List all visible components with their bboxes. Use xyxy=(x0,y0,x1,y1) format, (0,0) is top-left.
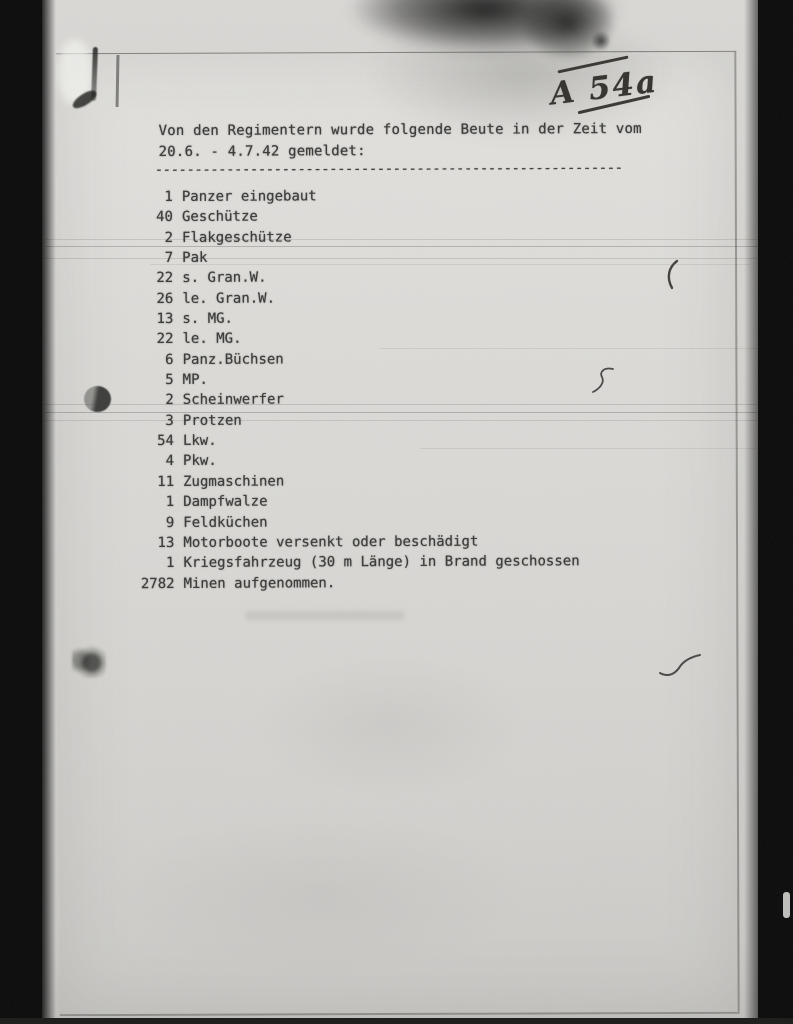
loot-qty: 6 xyxy=(136,350,174,371)
loot-qty: 22 xyxy=(135,268,173,289)
scan-edge-shadow xyxy=(744,0,758,1020)
loot-label: Pkw. xyxy=(183,451,217,471)
scanned-document: { "doc": { "stamp": "A 54a", "heading_li… xyxy=(0,0,793,1024)
loot-qty: 54 xyxy=(136,431,174,452)
loot-list-row: 22s. Gran.W. xyxy=(135,267,578,289)
loot-qty: 2782 xyxy=(137,574,175,595)
loot-list-row: 11Zugmaschinen xyxy=(136,470,579,492)
loot-qty: 11 xyxy=(136,472,174,493)
loot-list-row: 54Lkw. xyxy=(136,429,579,451)
loot-list-row: 5MP. xyxy=(136,368,579,390)
loot-label: Protzen xyxy=(183,410,242,431)
loot-label: le. MG. xyxy=(182,329,241,350)
loot-qty: 9 xyxy=(136,512,174,533)
loot-label: le. Gran.W. xyxy=(182,288,275,309)
loot-label: MP. xyxy=(183,370,208,390)
loot-label: Zugmaschinen xyxy=(183,471,284,492)
loot-label: Minen aufgenommen. xyxy=(184,573,336,594)
heading-line-1: Von den Regimentern wurde folgende Beute… xyxy=(159,119,642,142)
loot-list-row: 40Geschütze xyxy=(135,206,578,228)
paper-stain xyxy=(250,650,530,800)
loot-label: Panzer eingebaut xyxy=(182,186,317,207)
loot-label: Flakgeschütze xyxy=(182,227,292,248)
ink-smudge xyxy=(72,644,106,678)
loot-qty: 13 xyxy=(136,533,174,554)
loot-qty: 3 xyxy=(136,411,174,432)
loot-label: Feldküchen xyxy=(183,512,267,533)
loot-qty: 13 xyxy=(135,309,173,330)
loot-label: Motorboote versenkt oder beschädigt xyxy=(183,531,478,553)
ink-blot xyxy=(592,30,610,52)
loot-list-row: 2Scheinwerfer xyxy=(136,389,579,411)
loot-qty: 1 xyxy=(136,492,174,513)
loot-label: s. Gran.W. xyxy=(182,268,266,289)
loot-qty: 4 xyxy=(136,451,174,472)
loot-label: Geschütze xyxy=(182,207,258,228)
dashed-divider: ----------------------------------------… xyxy=(155,160,639,178)
loot-qty: 2 xyxy=(135,228,173,249)
loot-label: Kriegsfahrzeug (30 m Länge) in Brand ges… xyxy=(183,551,579,573)
loot-qty: 1 xyxy=(135,187,173,208)
loot-list-row: 3Protzen xyxy=(136,409,579,431)
scan-edge-shadow xyxy=(0,1018,793,1024)
hole-punch-blob xyxy=(84,386,111,412)
loot-qty: 26 xyxy=(135,289,173,310)
edge-notch xyxy=(783,892,790,918)
loot-label: Panz.Büchsen xyxy=(183,349,284,370)
loot-label: Scheinwerfer xyxy=(183,390,284,411)
loot-list-row: 13Motorboote versenkt oder beschädigt xyxy=(136,531,579,553)
loot-qty: 40 xyxy=(135,207,173,228)
faded-ghost-text xyxy=(246,611,404,620)
loot-list-row: 4Pkw. xyxy=(136,450,579,472)
loot-label: Dampfwalze xyxy=(183,492,267,513)
loot-list-row: 6Panz.Büchsen xyxy=(136,348,579,370)
loot-list: 1Panzer eingebaut 40Geschütze 2Flakgesch… xyxy=(135,185,580,594)
loot-qty: 7 xyxy=(135,248,173,269)
loot-label: s. MG. xyxy=(182,309,233,330)
loot-list-row: 2Flakgeschütze xyxy=(135,226,578,248)
loot-list-row: 7Pak xyxy=(135,246,578,268)
loot-list-row: 22le. MG. xyxy=(135,328,578,350)
loot-qty: 22 xyxy=(135,329,173,350)
loot-list-row: 1Kriegsfahrzeug (30 m Länge) in Brand ge… xyxy=(136,551,579,573)
loot-label: Lkw. xyxy=(183,431,217,451)
loot-list-row: 1Panzer eingebaut xyxy=(135,185,578,207)
document-heading: Von den Regimentern wurde folgende Beute… xyxy=(159,119,642,163)
loot-qty: 5 xyxy=(136,370,174,391)
loot-list-row: 13s. MG. xyxy=(135,307,578,329)
scan-edge-shadow xyxy=(42,0,56,1020)
loot-list-row: 26le. Gran.W. xyxy=(135,287,578,309)
loot-qty: 2 xyxy=(136,390,174,411)
paper-stain xyxy=(110,810,530,980)
loot-list-row: 9Feldküchen xyxy=(136,511,579,533)
loot-list-row: 2782Minen aufgenommen. xyxy=(137,572,580,594)
loot-label: Pak xyxy=(182,248,207,268)
loot-qty: 1 xyxy=(136,553,174,574)
loot-list-row: 1Dampfwalze xyxy=(136,490,579,512)
